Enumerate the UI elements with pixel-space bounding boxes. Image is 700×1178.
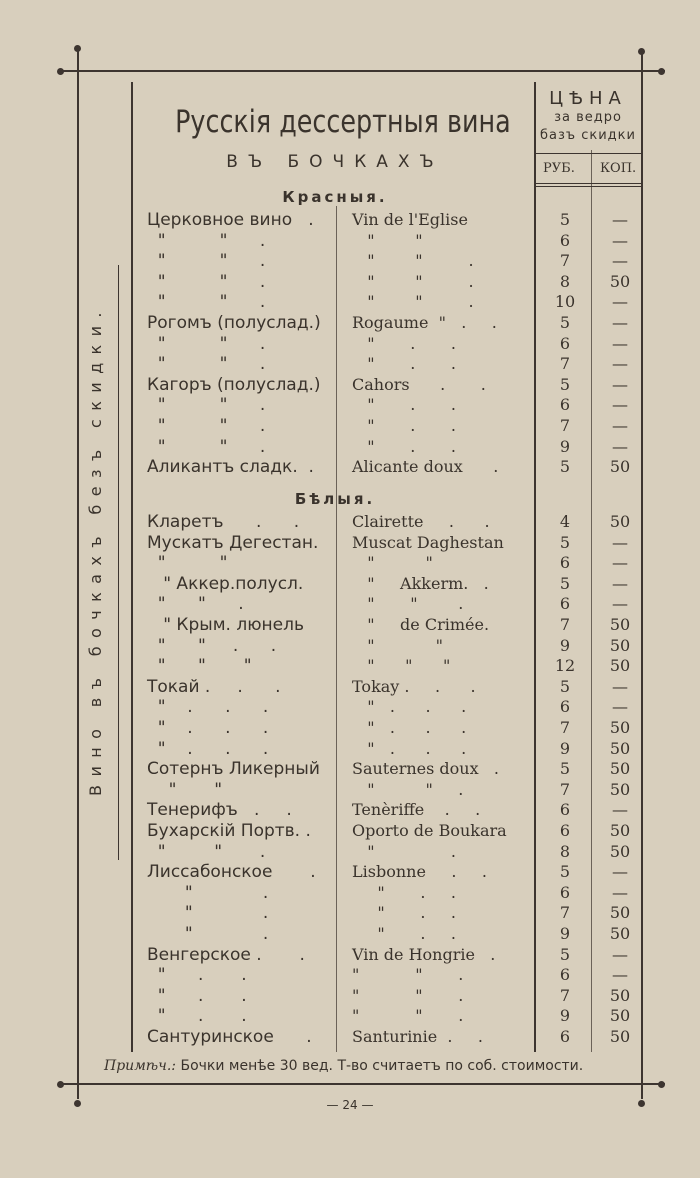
wine-name-russian: " .	[147, 903, 327, 923]
table-row: " . . . " . . .6—	[0, 697, 700, 717]
corner-ornament	[658, 68, 665, 75]
wine-name-russian: " Аккер.полусл.	[147, 574, 327, 594]
table-row: " . " . .6—	[0, 883, 700, 903]
price-kopecks: 50	[596, 636, 644, 655]
table-row: " " . . " "950	[0, 636, 700, 656]
table-row: " " . " " .7—	[0, 251, 700, 271]
price-kopecks: 50	[596, 718, 644, 737]
corner-ornament	[57, 1081, 64, 1088]
price-kopecks: 50	[596, 1006, 644, 1025]
price-kopecks: 50	[596, 924, 644, 943]
price-kopecks: —	[596, 375, 644, 394]
column-header-kop: КОП.	[600, 161, 636, 176]
price-kopecks: —	[596, 395, 644, 414]
wine-name-french: " "	[352, 231, 527, 250]
table-row: " " . " . .7—	[0, 416, 700, 436]
wine-name-russian: Церковное вино .	[147, 210, 327, 230]
wine-name-russian: " " . .	[147, 636, 327, 656]
wine-name-french: " " .	[352, 780, 527, 799]
table-row: " " . " . .6—	[0, 395, 700, 415]
wine-name-french: " . .	[352, 883, 527, 902]
price-header-no-discount: базъ скидки	[532, 128, 644, 143]
price-kopecks: —	[596, 354, 644, 373]
wine-name-french: " "	[352, 553, 527, 572]
price-kopecks: 50	[596, 272, 644, 291]
wine-name-french: " . . .	[352, 697, 527, 716]
price-rubles: 6	[540, 334, 590, 353]
wine-name-russian: " . .	[147, 1006, 327, 1026]
wine-name-russian: Лиссабонское .	[147, 862, 327, 882]
wine-name-french: Lisbonne . .	[352, 862, 527, 881]
wine-name-russian: " . .	[147, 965, 327, 985]
wine-name-russian: " " .	[147, 437, 327, 457]
wine-name-french: " "	[352, 636, 527, 655]
wine-name-french: Vin de l'Eglise	[352, 210, 527, 229]
price-rubles: 5	[540, 210, 590, 229]
wine-name-russian: Бухарскій Портв. .	[147, 821, 327, 841]
price-kopecks: —	[596, 416, 644, 435]
price-rubles: 12	[540, 656, 590, 675]
price-kopecks: —	[596, 251, 644, 270]
price-rubles: 7	[540, 416, 590, 435]
price-kopecks: —	[596, 437, 644, 456]
table-row: Сотернъ ЛикерныйSauternes doux .550	[0, 759, 700, 779]
wine-name-russian: " . . .	[147, 718, 327, 738]
price-kopecks: —	[596, 677, 644, 696]
table-row: Церковное вино .Vin de l'Eglise5—	[0, 210, 700, 230]
table-row: Тенерифъ . .Tenèriffe . .6—	[0, 800, 700, 820]
wine-name-russian: Тенерифъ . .	[147, 800, 327, 820]
wine-name-french: " . .	[352, 924, 527, 943]
wine-name-french: " " .	[352, 292, 527, 311]
price-rubles: 6	[540, 883, 590, 902]
wine-name-french: Alicante doux .	[352, 457, 527, 476]
price-rubles: 7	[540, 251, 590, 270]
price-rubles: 5	[540, 574, 590, 593]
page-title: Русскія дессертныя вина	[175, 104, 495, 140]
wine-name-russian: " " .	[147, 594, 327, 614]
price-kopecks: 50	[596, 821, 644, 840]
price-kopecks: —	[596, 594, 644, 613]
section-heading-red: Красныя.	[140, 188, 530, 206]
table-row: " " " "6—	[0, 553, 700, 573]
wine-name-russian: " "	[147, 780, 327, 800]
price-kopecks: 50	[596, 615, 644, 634]
price-header-rule-bottom-2	[536, 186, 641, 187]
wine-name-french: Rogaume " . .	[352, 313, 527, 332]
wine-name-french: Santurinie . .	[352, 1027, 527, 1046]
price-kopecks: —	[596, 231, 644, 250]
wine-name-russian: Рогомъ (полуслад.)	[147, 313, 327, 333]
wine-name-russian: Венгерское . .	[147, 945, 327, 965]
price-rubles: 6	[540, 697, 590, 716]
wine-name-french: " " "	[352, 656, 527, 675]
price-kopecks: —	[596, 210, 644, 229]
wine-name-french: " . .	[352, 437, 527, 456]
table-row: Бухарскій Портв. .Oporto de Boukara650	[0, 821, 700, 841]
price-kopecks: —	[596, 574, 644, 593]
wine-name-french: " . .	[352, 354, 527, 373]
footnote: Примѣч.: Бочки менѣе 30 вед. Т-во считае…	[104, 1058, 583, 1074]
table-row: " " . " .850	[0, 842, 700, 862]
price-kopecks: 50	[596, 986, 644, 1005]
price-kopecks: —	[596, 945, 644, 964]
price-kopecks: —	[596, 553, 644, 572]
wine-name-russian: Сантуринское .	[147, 1027, 327, 1047]
table-row: Лиссабонское .Lisbonne . .5—	[0, 862, 700, 882]
wine-name-russian: Сотернъ Ликерный	[147, 759, 327, 779]
table-row: Аликантъ сладк. .Alicante doux .550	[0, 457, 700, 477]
price-kopecks: —	[596, 292, 644, 311]
table-row: " . ." " .950	[0, 1006, 700, 1026]
table-row: Венгерское . .Vin de Hongrie .5—	[0, 945, 700, 965]
wine-name-russian: " . . .	[147, 739, 327, 759]
price-kopecks: —	[596, 313, 644, 332]
table-row: " " " " .750	[0, 780, 700, 800]
price-rubles: 6	[540, 594, 590, 613]
price-rubles: 4	[540, 512, 590, 531]
table-row: " . " . .750	[0, 903, 700, 923]
table-row: " " . " "6—	[0, 231, 700, 251]
table-row: " " " " " "1250	[0, 656, 700, 676]
table-row: " . ." " .6—	[0, 965, 700, 985]
wine-name-french: " . .	[352, 395, 527, 414]
price-kopecks: 50	[596, 780, 644, 799]
frame-top-rule	[60, 70, 665, 72]
column-header-rub: РУБ.	[543, 161, 575, 176]
wine-name-russian: Токай . . .	[147, 677, 327, 697]
corner-ornament	[638, 48, 645, 55]
wine-name-russian: " Крым. люнель	[147, 615, 327, 635]
price-kopecks: —	[596, 965, 644, 984]
price-rubles: 6	[540, 1027, 590, 1046]
wine-name-french: Clairette . .	[352, 512, 527, 531]
price-rubles: 8	[540, 272, 590, 291]
frame-bottom-rule	[60, 1083, 665, 1085]
table-row: " Крым. люнель " de Crimée.750	[0, 615, 700, 635]
table-row: Кагоръ (полуслад.)Cahors . .5—	[0, 375, 700, 395]
price-kopecks: —	[596, 697, 644, 716]
price-rubles: 6	[540, 395, 590, 414]
wine-name-russian: Клaретъ . .	[147, 512, 327, 532]
price-rubles: 6	[540, 231, 590, 250]
table-row: Мускатъ Дегестан.Muscat Daghestan5—	[0, 533, 700, 553]
price-rubles: 6	[540, 553, 590, 572]
price-kopecks: 50	[596, 457, 644, 476]
wine-name-french: " . . .	[352, 739, 527, 758]
wine-name-french: " " .	[352, 594, 527, 613]
table-row: " " . " " .6—	[0, 594, 700, 614]
wine-name-russian: " " .	[147, 251, 327, 271]
price-rubles: 5	[540, 375, 590, 394]
price-rubles: 6	[540, 800, 590, 819]
wine-name-russian: " " .	[147, 416, 327, 436]
wine-name-french: Cahors . .	[352, 375, 527, 394]
price-header-title: ЦѢНА	[532, 88, 644, 109]
wine-name-russian: " " .	[147, 292, 327, 312]
wine-name-french: " " .	[352, 1006, 527, 1025]
wine-name-russian: " " .	[147, 272, 327, 292]
price-rubles: 6	[540, 821, 590, 840]
wine-name-russian: Аликантъ сладк. .	[147, 457, 327, 477]
wine-name-french: " " .	[352, 965, 527, 984]
price-header-rule-bottom	[536, 183, 641, 184]
price-rubles: 5	[540, 862, 590, 881]
wine-name-french: " " .	[352, 251, 527, 270]
table-row: " " . " . .7—	[0, 354, 700, 374]
wine-name-french: " Akkerm. .	[352, 574, 527, 593]
price-rubles: 9	[540, 1006, 590, 1025]
wine-name-russian: " " .	[147, 354, 327, 374]
table-row: " " . " . .6—	[0, 334, 700, 354]
wine-name-french: " " .	[352, 272, 527, 291]
wine-name-russian: " . .	[147, 986, 327, 1006]
price-kopecks: 50	[596, 759, 644, 778]
footnote-prefix: Примѣч.:	[104, 1058, 176, 1074]
wine-name-french: Vin de Hongrie .	[352, 945, 527, 964]
price-header-rule-top	[536, 153, 641, 154]
price-kopecks: 50	[596, 739, 644, 758]
price-kopecks: —	[596, 883, 644, 902]
wine-name-french: Tenèriffe . .	[352, 800, 527, 819]
price-rubles: 7	[540, 986, 590, 1005]
wine-name-russian: Мускатъ Дегестан.	[147, 533, 327, 553]
wine-name-russian: " "	[147, 553, 327, 573]
price-rubles: 7	[540, 354, 590, 373]
price-kopecks: 50	[596, 842, 644, 861]
price-rubles: 7	[540, 718, 590, 737]
page-number: — 24 —	[0, 1098, 700, 1112]
table-row: Рогомъ (полуслад.)Rogaume " . .5—	[0, 313, 700, 333]
wine-name-french: Oporto de Boukara	[352, 821, 527, 840]
wine-name-russian: Кагоръ (полуслад.)	[147, 375, 327, 395]
price-kopecks: —	[596, 533, 644, 552]
table-row: " . ." " .750	[0, 986, 700, 1006]
corner-ornament	[74, 45, 81, 52]
wine-name-french: Tokay . . .	[352, 677, 527, 696]
wine-name-french: " . . .	[352, 718, 527, 737]
price-kopecks: —	[596, 334, 644, 353]
table-row: " " . " " .850	[0, 272, 700, 292]
wine-name-russian: " " .	[147, 395, 327, 415]
price-rubles: 5	[540, 945, 590, 964]
corner-ornament	[57, 68, 64, 75]
wine-name-russian: " .	[147, 924, 327, 944]
price-kopecks: 50	[596, 656, 644, 675]
wine-name-french: Muscat Daghestan	[352, 533, 527, 552]
price-rubles: 8	[540, 842, 590, 861]
price-rubles: 5	[540, 313, 590, 332]
corner-ornament	[658, 1081, 665, 1088]
page-subtitle: ВЪ БОЧКАХЪ	[140, 152, 530, 172]
wine-name-french: " .	[352, 842, 527, 861]
price-rubles: 7	[540, 903, 590, 922]
wine-name-french: Sauternes doux .	[352, 759, 527, 778]
wine-name-russian: " " .	[147, 231, 327, 251]
table-row: " " . " . .9—	[0, 437, 700, 457]
price-rubles: 7	[540, 780, 590, 799]
section-heading-white: Бѣлыя.	[140, 490, 530, 508]
price-rubles: 9	[540, 636, 590, 655]
wine-name-russian: " " .	[147, 842, 327, 862]
table-row: " . . . " . . .950	[0, 739, 700, 759]
wine-name-french: " de Crimée.	[352, 615, 527, 634]
price-rubles: 6	[540, 965, 590, 984]
wine-name-russian: " " "	[147, 656, 327, 676]
price-kopecks: 50	[596, 1027, 644, 1046]
table-row: " " . " " .10—	[0, 292, 700, 312]
price-rubles: 9	[540, 437, 590, 456]
wine-name-russian: " . . .	[147, 697, 327, 717]
price-rubles: 10	[540, 292, 590, 311]
table-row: Токай . . .Tokay . . .5—	[0, 677, 700, 697]
price-kopecks: —	[596, 800, 644, 819]
wine-name-french: " " .	[352, 986, 527, 1005]
price-rubles: 5	[540, 677, 590, 696]
price-rubles: 5	[540, 533, 590, 552]
wine-name-french: " . .	[352, 416, 527, 435]
wine-name-russian: " .	[147, 883, 327, 903]
price-rubles: 7	[540, 615, 590, 634]
price-kopecks: —	[596, 862, 644, 881]
table-row: " Аккер.полусл. " Akkerm. .5—	[0, 574, 700, 594]
price-rubles: 9	[540, 924, 590, 943]
footnote-text: Бочки менѣе 30 вед. Т-во считаетъ по соб…	[180, 1058, 583, 1074]
table-row: " . " . .950	[0, 924, 700, 944]
price-header-per-bucket: за ведро	[532, 110, 644, 125]
price-rubles: 9	[540, 739, 590, 758]
table-row: Сантуринское .Santurinie . .650	[0, 1027, 700, 1047]
wine-name-french: " . .	[352, 334, 527, 353]
price-rubles: 5	[540, 457, 590, 476]
price-rubles: 5	[540, 759, 590, 778]
price-kopecks: 50	[596, 903, 644, 922]
price-kopecks: 50	[596, 512, 644, 531]
wine-name-russian: " " .	[147, 334, 327, 354]
wine-name-french: " . .	[352, 903, 527, 922]
table-row: " . . . " . . .750	[0, 718, 700, 738]
table-row: Клaретъ . .Clairette . .450	[0, 512, 700, 532]
